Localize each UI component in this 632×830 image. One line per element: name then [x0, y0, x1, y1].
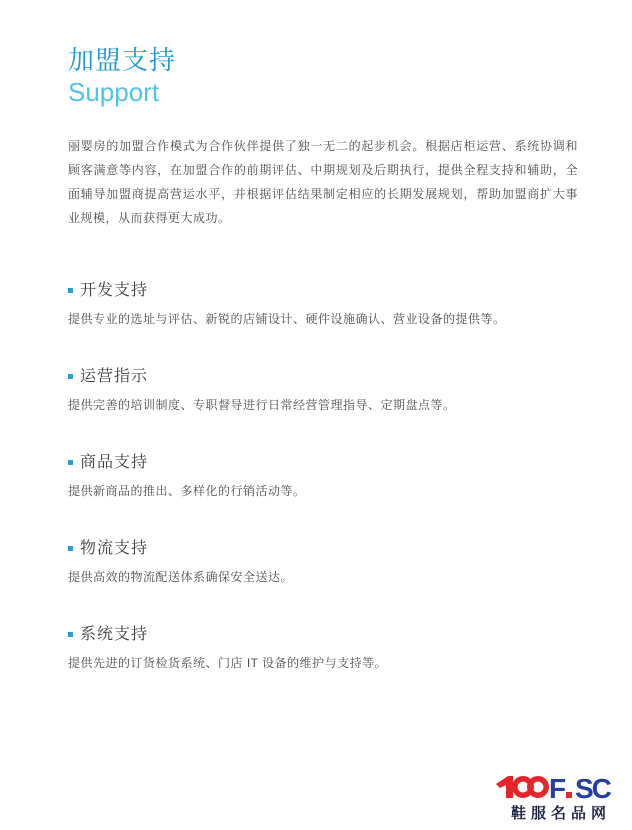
section-heading: 物流支持: [68, 538, 578, 559]
bullet-icon: [68, 460, 73, 465]
logo-100fsc-icon: F SC: [493, 773, 629, 801]
support-sections: 开发支持 提供专业的选址与评估、新锐的店铺设计、硬件设施确认、营业设备的提供等。…: [68, 280, 578, 672]
section-title: 系统支持: [80, 624, 148, 645]
section-title: 商品支持: [80, 452, 148, 473]
page-subtitle: Support: [68, 76, 578, 108]
section-heading: 运营指示: [68, 366, 578, 387]
section-description: 提供新商品的推出、多样化的行销活动等。: [68, 483, 578, 500]
page-title: 加盟支持: [68, 44, 578, 76]
bullet-icon: [68, 546, 73, 551]
logo-tagline: 鞋服名品网: [493, 802, 629, 823]
section-logistics-support: 物流支持 提供高效的物流配送体系确保安全送达。: [68, 538, 578, 586]
section-title: 物流支持: [80, 538, 148, 559]
support-page: 加盟支持 Support 丽婴房的加盟合作模式为合作伙伴提供了独一无二的起步机会…: [0, 0, 632, 830]
bullet-icon: [68, 374, 73, 379]
section-merchandise-support: 商品支持 提供新商品的推出、多样化的行销活动等。: [68, 452, 578, 500]
svg-text:SC: SC: [575, 773, 612, 801]
section-description: 提供高效的物流配送体系确保安全送达。: [68, 569, 578, 586]
site-logo: F SC 鞋服名品网: [493, 773, 629, 823]
section-heading: 商品支持: [68, 452, 578, 473]
bullet-icon: [68, 288, 73, 293]
section-system-support: 系统支持 提供先进的订货检货系统、门店 IT 设备的维护与支持等。: [68, 624, 578, 672]
section-heading: 开发支持: [68, 280, 578, 301]
section-title: 运营指示: [80, 366, 148, 387]
section-operations-guidance: 运营指示 提供完善的培训制度、专职督导进行日常经营管理指导、定期盘点等。: [68, 366, 578, 414]
section-title: 开发支持: [80, 280, 148, 301]
intro-paragraph: 丽婴房的加盟合作模式为合作伙伴提供了独一无二的起步机会。根据店柜运营、系统协调和…: [68, 134, 578, 230]
section-description: 提供专业的选址与评估、新锐的店铺设计、硬件设施确认、营业设备的提供等。: [68, 311, 578, 328]
bullet-icon: [68, 632, 73, 637]
page-content: 加盟支持 Support 丽婴房的加盟合作模式为合作伙伴提供了独一无二的起步机会…: [0, 0, 632, 672]
section-description: 提供完善的培训制度、专职督导进行日常经营管理指导、定期盘点等。: [68, 397, 578, 414]
section-heading: 系统支持: [68, 624, 578, 645]
section-description: 提供先进的订货检货系统、门店 IT 设备的维护与支持等。: [68, 655, 578, 672]
section-development-support: 开发支持 提供专业的选址与评估、新锐的店铺设计、硬件设施确认、营业设备的提供等。: [68, 280, 578, 328]
svg-text:F: F: [549, 773, 566, 801]
